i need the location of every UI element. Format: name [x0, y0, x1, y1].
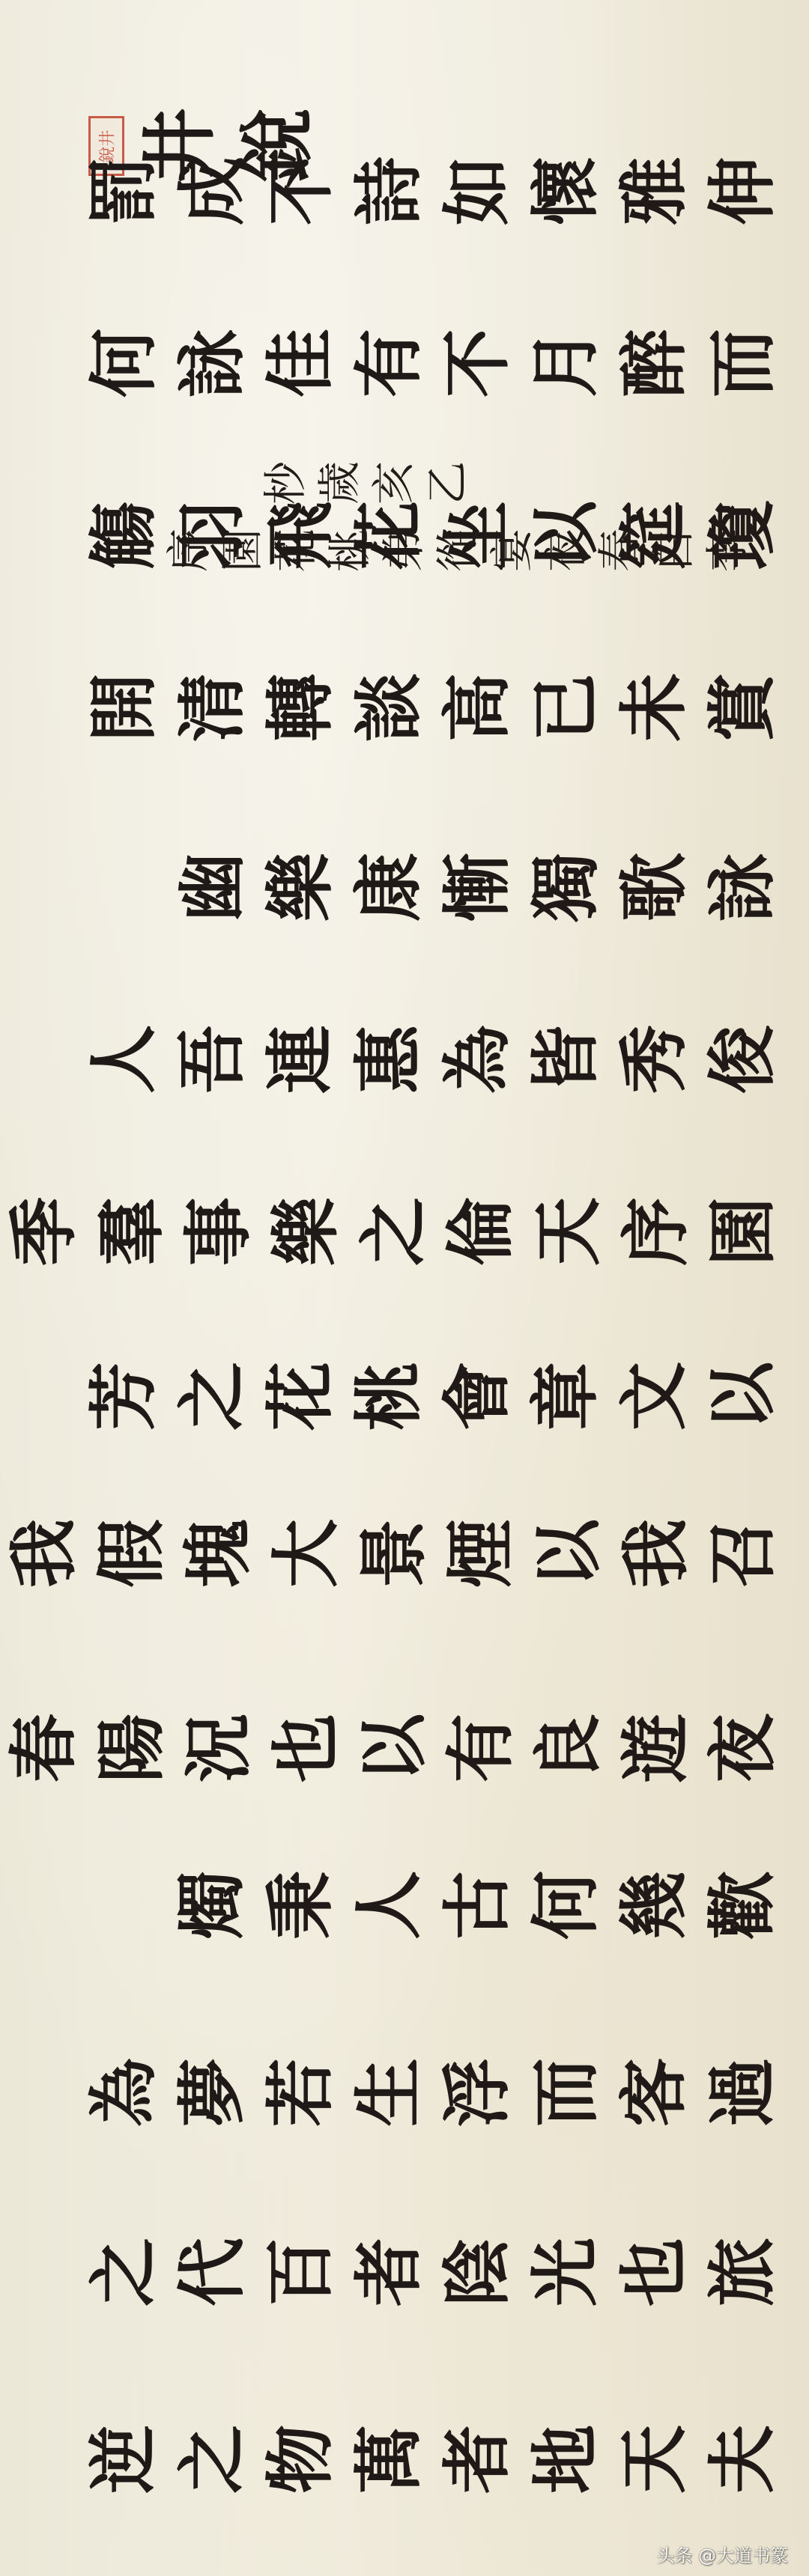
character: 月 [521, 319, 610, 407]
character: 羣 [87, 1188, 175, 1276]
character: 芳 [79, 1352, 168, 1440]
character: 塊 [175, 1510, 263, 1598]
text-column: 園序天倫之樂事羣季 [0, 1175, 809, 1288]
character: 何 [79, 319, 168, 407]
character: 俊 [698, 1015, 787, 1103]
text-column: 旅也光陰者百代之 [0, 2216, 809, 2328]
text-column: 賞未已高談轉清開 [0, 651, 809, 764]
character: 花 [256, 1352, 345, 1440]
character: 不 [433, 319, 521, 407]
character: 花 [345, 491, 433, 579]
character: 之 [349, 1188, 437, 1276]
character: 陽 [87, 1705, 175, 1792]
character: 遊 [611, 1705, 700, 1792]
character: 過 [698, 2048, 787, 2137]
character: 坐 [433, 491, 521, 579]
character: 萬 [345, 2415, 433, 2503]
character: 談 [345, 663, 433, 752]
character: 園 [699, 1188, 787, 1276]
character: 者 [433, 2415, 521, 2503]
character: 古 [433, 1861, 521, 1949]
character: 以 [698, 1352, 787, 1440]
character: 人 [79, 1015, 168, 1103]
character: 浮 [433, 2048, 521, 2137]
character: 罰 [79, 147, 168, 235]
character: 序 [611, 1188, 700, 1276]
character: 燭 [168, 1861, 256, 1949]
character: 成 [168, 147, 256, 235]
character: 何 [521, 1861, 610, 1949]
character: 瓊 [698, 491, 787, 579]
character: 大 [261, 1510, 350, 1598]
character: 皆 [521, 1015, 610, 1103]
character: 吾 [168, 1015, 256, 1103]
character: 詠 [168, 319, 256, 407]
character: 而 [521, 2048, 610, 2137]
character: 良 [524, 1705, 612, 1792]
character: 詩 [345, 147, 433, 235]
character: 醉 [610, 319, 698, 407]
text-column: 瓊筵以坐花飛羽觴 [0, 479, 809, 591]
character: 樂 [261, 1188, 350, 1276]
character: 桃 [345, 1352, 433, 1440]
character: 倫 [437, 1188, 525, 1276]
character: 事 [175, 1188, 263, 1276]
character: 夢 [168, 2048, 256, 2137]
text-column: 俊秀皆為惠連吾人 [0, 1003, 809, 1115]
character: 若 [256, 2048, 345, 2137]
character: 為 [433, 1015, 521, 1103]
character: 高 [433, 663, 521, 752]
character: 懷 [521, 147, 610, 235]
character: 天 [610, 2415, 698, 2503]
character: 代 [168, 2228, 256, 2316]
character: 獨 [521, 843, 610, 931]
character: 客 [610, 2048, 698, 2137]
character: 也 [261, 1705, 350, 1792]
character: 伸 [698, 147, 787, 235]
character: 歡 [698, 1861, 787, 1949]
character: 以 [524, 1510, 612, 1598]
character: 以 [349, 1705, 437, 1792]
character: 夜 [699, 1705, 787, 1792]
character: 陰 [433, 2228, 521, 2316]
character: 雅 [610, 147, 698, 235]
character: 生 [345, 2048, 433, 2137]
character: 會 [433, 1352, 521, 1440]
character: 人 [345, 1861, 433, 1949]
character: 轉 [256, 663, 345, 752]
calligraphy-scroll: 李白春夜宴從弟桃花園序 乙亥歲杪 銳井 銳井 夫天地者萬物之逆旅也光陰者百代之過… [0, 0, 809, 2576]
text-column: 夜遊良有以也況陽春 [0, 1692, 809, 1804]
character: 筵 [610, 491, 698, 579]
character: 飛 [256, 491, 345, 579]
character: 賞 [698, 663, 787, 752]
character: 章 [521, 1352, 610, 1440]
character: 召 [699, 1510, 787, 1598]
character: 佳 [256, 319, 345, 407]
character: 清 [168, 663, 256, 752]
character: 光 [521, 2228, 610, 2316]
character: 歌 [610, 843, 698, 931]
character: 羽 [168, 491, 256, 579]
character: 百 [256, 2228, 345, 2316]
character: 況 [175, 1705, 263, 1792]
text-column: 詠歌獨慚康樂幽 [0, 831, 809, 943]
character: 幽 [168, 843, 256, 931]
character: 有 [437, 1705, 525, 1792]
character: 慚 [433, 843, 521, 931]
text-column: 召我以煙景大塊假我 [0, 1497, 809, 1610]
character: 煙 [437, 1510, 525, 1598]
text-column: 而醉月不有佳詠何 [0, 307, 809, 419]
character: 我 [611, 1510, 700, 1598]
character: 春 [0, 1705, 88, 1792]
character: 康 [345, 843, 433, 931]
character: 而 [698, 319, 787, 407]
character: 假 [87, 1510, 175, 1598]
character: 者 [345, 2228, 433, 2316]
character: 季 [0, 1188, 88, 1276]
character: 旅 [698, 2228, 787, 2316]
text-column: 歡幾何古人秉燭 [0, 1849, 809, 1961]
character: 夫 [698, 2415, 787, 2503]
watermark: 头条 @大道书篆 [656, 2541, 788, 2567]
character: 之 [168, 2415, 256, 2503]
character: 樂 [256, 843, 345, 931]
character: 天 [524, 1188, 612, 1276]
character: 惠 [345, 1015, 433, 1103]
character: 景 [349, 1510, 437, 1598]
text-column: 伸雅懷如詩不成罰 [0, 135, 809, 247]
character: 我 [0, 1510, 88, 1598]
character: 秉 [256, 1861, 345, 1949]
character: 之 [79, 2228, 168, 2316]
character: 也 [610, 2228, 698, 2316]
character: 有 [345, 319, 433, 407]
character: 連 [256, 1015, 345, 1103]
character: 開 [79, 663, 168, 752]
character: 文 [610, 1352, 698, 1440]
character: 物 [256, 2415, 345, 2503]
character: 秀 [610, 1015, 698, 1103]
character: 已 [521, 663, 610, 752]
character: 如 [433, 147, 521, 235]
character: 地 [521, 2415, 610, 2503]
character: 未 [610, 663, 698, 752]
character: 詠 [698, 843, 787, 931]
character: 不 [256, 147, 345, 235]
text-column: 過客而浮生若夢為 [0, 2036, 809, 2149]
text-column: 夫天地者萬物之逆 [0, 2403, 809, 2515]
character: 為 [79, 2048, 168, 2137]
text-column: 以文章會桃花之芳 [0, 1340, 809, 1452]
character: 逆 [79, 2415, 168, 2503]
character: 幾 [610, 1861, 698, 1949]
character: 以 [521, 491, 610, 579]
character: 觴 [79, 491, 168, 579]
character: 之 [168, 1352, 256, 1440]
